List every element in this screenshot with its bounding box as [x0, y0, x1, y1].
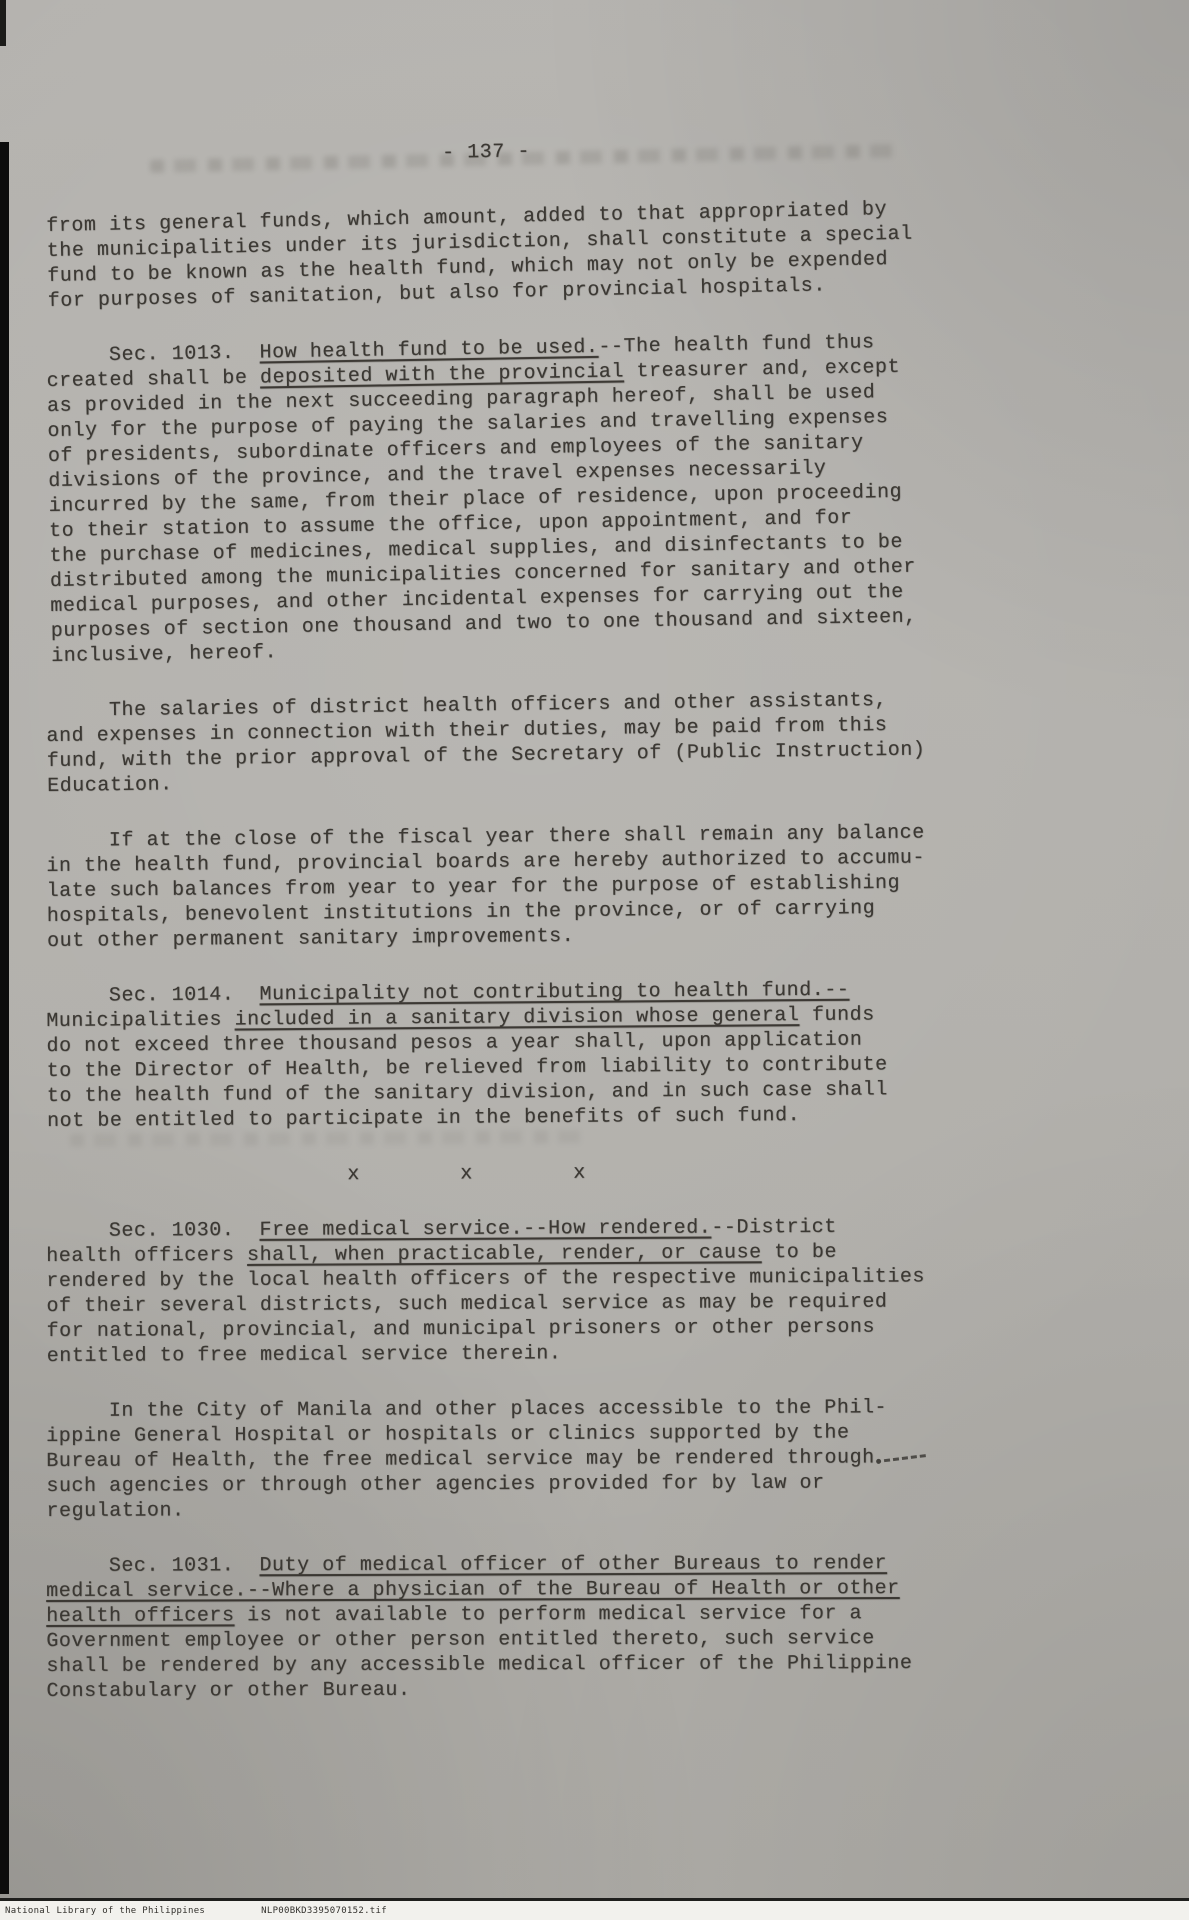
sec-1014-paragraph: Sec. 1014. Municipality not contributing… — [46, 977, 967, 1134]
text-segment: regulation. — [46, 1499, 184, 1523]
text-segment: treasurer and, except — [624, 356, 900, 384]
text-segment: shall be rendered by any accessible medi… — [46, 1652, 912, 1678]
manila-paragraph: In the City of Manila and other places a… — [46, 1395, 967, 1524]
pen-dash — [884, 1454, 926, 1462]
text-segment: Sec. 1014. — [46, 983, 260, 1008]
underlined-text-segment: health officers — [46, 1604, 234, 1628]
text-line: for national, provincial, and municipal … — [47, 1314, 967, 1344]
text-segment: In the City of Manila and other places a… — [46, 1396, 887, 1423]
text-segment: of their several districts, such medical… — [46, 1291, 887, 1318]
text-line: regulation. — [46, 1495, 966, 1524]
footer-library-label: National Library of the Philippines — [5, 1906, 205, 1916]
pen-dot — [876, 1459, 882, 1465]
sec-1013-paragraph: Sec. 1013. How health fund to be used.--… — [46, 329, 971, 669]
intro-paragraph: from its general funds, which amount, ad… — [46, 196, 968, 314]
underlined-text-segment: Free medical service.--How rendered. — [259, 1217, 711, 1242]
text-segment: out other permanent sanitary improvement… — [47, 925, 574, 953]
text-segment: is not available to perform medical serv… — [234, 1602, 862, 1627]
text-segment: entitled to free medical service therein… — [47, 1342, 562, 1368]
text-segment: created shall be — [46, 366, 260, 393]
text-segment: not be entitled to participate in the be… — [47, 1104, 800, 1133]
underlined-text-segment: Duty of medical officer of other Bureaus… — [259, 1552, 887, 1577]
scanned-document-page: - 137 - from its general funds, which am… — [0, 0, 1189, 1920]
text-segment: Government employee or other person enti… — [46, 1627, 875, 1653]
salaries-paragraph: The salaries of district health officers… — [46, 687, 967, 799]
text-segment: ippine General Hospital or hospitals or … — [46, 1421, 849, 1448]
text-segment: Sec. 1013. — [46, 341, 260, 368]
underlined-text-segment: Municipality not contributing to health … — [259, 979, 849, 1007]
text-segment: health officers — [46, 1244, 247, 1268]
text-segment: for national, provincial, and municipal … — [47, 1316, 876, 1343]
text-segment: Sec. 1031. — [46, 1554, 259, 1578]
text-line: Sec. 1031. Duty of medical officer of ot… — [46, 1551, 966, 1579]
text-line: entitled to free medical service therein… — [47, 1339, 967, 1369]
scanner-edge-bar — [0, 142, 9, 1894]
text-segment: such agencies or through other agencies … — [46, 1472, 824, 1498]
sec-1030-paragraph: Sec. 1030. Free medical service.--How re… — [46, 1214, 967, 1369]
section-divider: x x x — [46, 1158, 966, 1189]
text-segment: Bureau of Health, the free medical servi… — [46, 1446, 875, 1473]
text-segment: Municipalities — [46, 1009, 234, 1033]
page-corner-mark — [0, 0, 6, 46]
text-segment: rendered by the local health officers of… — [46, 1265, 925, 1293]
text-segment: Sec. 1030. — [46, 1219, 260, 1243]
underlined-text-segment: medical service.--Where a physician of t… — [46, 1577, 900, 1603]
text-segment: Constabulary or other Bureau. — [46, 1679, 410, 1703]
text-segment: --The health fund thus — [598, 331, 874, 359]
document-text: from its general funds, which amount, ad… — [46, 214, 966, 1734]
underlined-text-segment: included in a sanitary division whose ge… — [234, 1004, 799, 1031]
text-line: x x x — [46, 1158, 966, 1189]
text-segment: --District — [711, 1216, 837, 1240]
sec-1031-paragraph: Sec. 1031. Duty of medical officer of ot… — [46, 1551, 967, 1704]
text-segment: funds — [799, 1003, 874, 1027]
footer-filename: NLP00BKD3395070152.tif — [261, 1906, 387, 1916]
text-segment: to be — [762, 1241, 837, 1264]
text-segment: x x x — [46, 1162, 586, 1188]
text-line: Government employee or other person enti… — [46, 1626, 966, 1654]
text-segment: Education. — [47, 773, 173, 798]
text-line: health officers is not available to perf… — [46, 1601, 966, 1629]
page-number: - 137 - — [46, 133, 926, 172]
text-segment: inclusive, hereof. — [51, 641, 277, 668]
underlined-text-segment: shall, when practicable, render, or caus… — [247, 1241, 762, 1267]
text-line: Bureau of Health, the free medical servi… — [46, 1445, 966, 1474]
text-line: Constabulary or other Bureau. — [46, 1676, 966, 1704]
fiscal-year-balance-paragraph: If at the close of the fiscal year there… — [46, 820, 967, 954]
text-line: shall be rendered by any accessible medi… — [46, 1651, 966, 1679]
scan-footer: National Library of the Philippines NLP0… — [0, 1898, 1189, 1920]
text-line: medical service.--Where a physician of t… — [46, 1576, 966, 1604]
